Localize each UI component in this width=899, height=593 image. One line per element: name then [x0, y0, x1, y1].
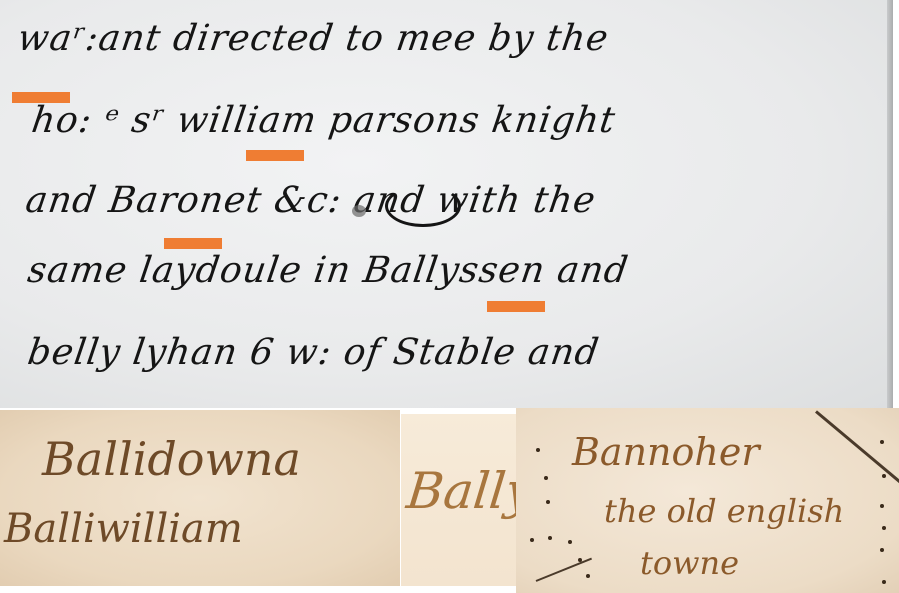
highlight-marker-2 — [246, 150, 304, 161]
manuscript-line-4: same laydoule in Ballyssen and — [25, 250, 631, 291]
placename-balliwilliam: Balliwilliam — [4, 506, 243, 552]
map-dot — [578, 558, 582, 562]
page-edge — [887, 0, 893, 408]
map-dot — [882, 526, 886, 530]
map-dot — [546, 500, 550, 504]
annotation-old-english: the old english — [604, 492, 844, 530]
map-dot — [548, 536, 552, 540]
highlight-marker-4 — [487, 301, 545, 312]
map-dot — [880, 440, 884, 444]
manuscript-excerpt: waʳ:ant directed to mee by the ho: ᵉ sʳ … — [0, 0, 893, 408]
map-dot — [882, 474, 886, 478]
manuscript-line-1: waʳ:ant directed to mee by the — [15, 18, 611, 59]
manuscript-line-2: ho: ᵉ sʳ william parsons knight — [29, 100, 618, 141]
map-dot — [568, 540, 572, 544]
ink-flourish — [385, 185, 461, 227]
placename-excerpt-ballidowna: Ballidowna Balliwilliam — [0, 410, 400, 586]
manuscript-line-5: belly lyhan 6 w: of Stable and — [25, 332, 602, 373]
manuscript-line-3: and Baronet &c: and with the — [23, 180, 598, 221]
annotation-towne: towne — [640, 544, 739, 582]
placename-bannoher: Bannoher — [572, 430, 760, 474]
placename-excerpt-bally: Bally — [401, 414, 516, 586]
map-dot — [880, 504, 884, 508]
placename-ballidowna: Ballidowna — [42, 432, 301, 486]
map-dot — [530, 538, 534, 542]
map-boundary-line — [815, 410, 899, 489]
placename-bally: Bally — [404, 462, 516, 520]
map-dot — [880, 548, 884, 552]
map-dot — [586, 574, 590, 578]
map-dot — [536, 448, 540, 452]
highlight-marker-3 — [164, 238, 222, 249]
map-road-line — [536, 558, 592, 582]
highlight-marker-1 — [12, 92, 70, 103]
map-excerpt-bannoher: Bannoher the old english towne — [516, 408, 899, 593]
ink-blot — [352, 205, 366, 217]
map-dot — [544, 476, 548, 480]
map-dot — [882, 580, 886, 584]
